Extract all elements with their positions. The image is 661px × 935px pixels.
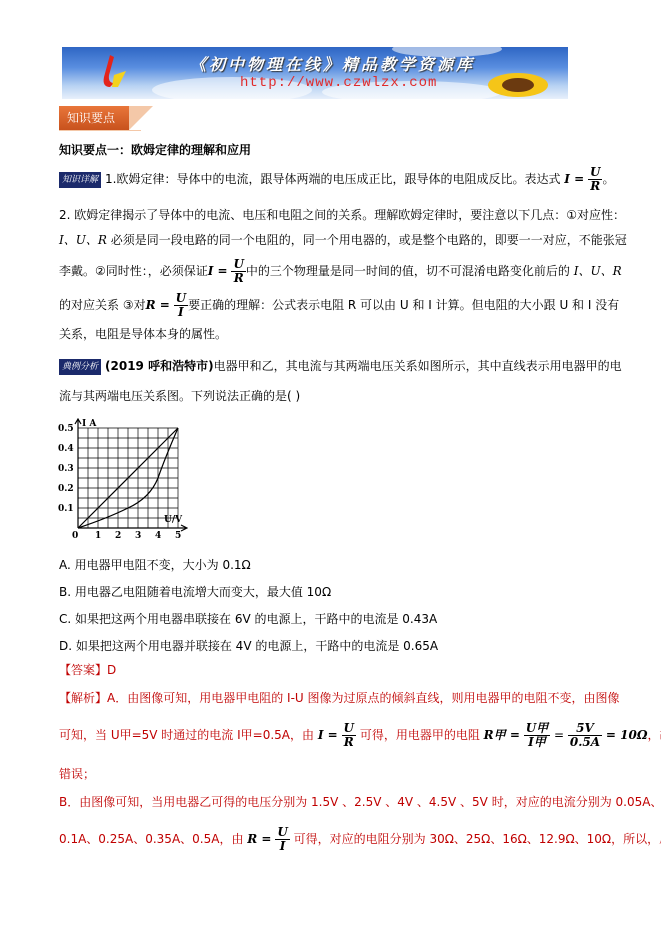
option-d: D. 如果把这两个用电器并联接在 4V 的电源上，干路中的电流是 0.65A bbox=[59, 638, 438, 654]
example-intro: 典例分析(2019 呼和浩特市)电器甲和乙，其电流与其两端电压关系如图所示，其中… bbox=[59, 358, 622, 375]
sunflower-icon bbox=[486, 65, 550, 99]
svg-text:I A: I A bbox=[82, 419, 97, 429]
analysis-line: 可知，当 U甲=5V 时通过的电流 I甲=0.5A，由 I = UR 可得，用电… bbox=[59, 722, 661, 749]
svg-text:2: 2 bbox=[115, 531, 121, 540]
svg-text:U/V: U/V bbox=[164, 515, 183, 525]
logo-icon bbox=[96, 53, 132, 93]
analysis-line: 错误； bbox=[59, 766, 95, 782]
svg-text:0.2: 0.2 bbox=[58, 484, 74, 494]
paragraph-line: 关系，电阻是导体本身的属性。 bbox=[59, 326, 227, 342]
svg-text:3: 3 bbox=[135, 531, 141, 540]
iu-graph: I A 0.50.40.3 0.20.1 012 345 U/V bbox=[58, 418, 188, 540]
svg-text:0: 0 bbox=[72, 531, 78, 540]
example-question: 流与其两端电压关系图。下列说法正确的是( ) bbox=[59, 388, 300, 404]
svg-text:5: 5 bbox=[175, 531, 181, 540]
banner-title: 《初中物理在线》精品教学资源库 bbox=[190, 52, 475, 75]
answer: 【答案】D bbox=[59, 662, 116, 678]
banner-url: http://www.czwlzx.com bbox=[240, 75, 437, 91]
paragraph-line: 李戴。②同时性：，必须保证I = UR中的三个物理量是同一时间的值，切不可混淆电… bbox=[59, 258, 622, 285]
divider bbox=[59, 130, 141, 131]
svg-text:0.1: 0.1 bbox=[58, 504, 74, 514]
analysis-line: B．由图像可知，当用电器乙可得的电压分别为 1.5V 、2.5V 、4V 、4.… bbox=[59, 794, 661, 810]
option-c: C. 如果把这两个用电器串联接在 6V 的电源上，干路中的电流是 0.43A bbox=[59, 611, 437, 627]
example-analysis-badge: 典例分析 bbox=[59, 359, 101, 375]
option-b: B. 用电器乙电阻随着电流增大而变大，最大值 10Ω bbox=[59, 584, 331, 600]
analysis-line: 0.1A、0.25A、0.35A、0.5A，由 R = UI 可得，对应的电阻分… bbox=[59, 826, 661, 853]
ohms-law-definition: 知识详解1.欧姆定律：导体中的电流，跟导体两端的电压成正比，跟导体的电阻成反比。… bbox=[59, 166, 614, 193]
section-tab-tail bbox=[129, 106, 153, 130]
analysis-line: 【解析】A．由图像可知，用电器甲电阻的 I-U 图像为过原点的倾斜直线，则用电器… bbox=[59, 690, 620, 706]
formula-fraction: UR bbox=[588, 166, 602, 193]
svg-text:1: 1 bbox=[95, 531, 101, 540]
svg-text:0.5: 0.5 bbox=[58, 424, 74, 434]
svg-text:0.3: 0.3 bbox=[58, 464, 74, 474]
knowledge-detail-badge: 知识详解 bbox=[59, 172, 101, 188]
paragraph-line: I、U、R 必须是同一段电路的同一个电阻的，同一个用电器的，或是整个电路的，即要… bbox=[59, 232, 627, 248]
svg-text:4: 4 bbox=[155, 531, 161, 540]
knowledge-point-heading: 知识要点一：欧姆定律的理解和应用 bbox=[59, 142, 251, 158]
svg-text:0.4: 0.4 bbox=[58, 444, 74, 454]
paragraph-line: 的对应关系 ③对R = UI要正确的理解：公式表示电阻 R 可以由 U 和 I … bbox=[59, 292, 619, 319]
option-a: A. 用电器甲电阻不变，大小为 0.1Ω bbox=[59, 557, 251, 573]
paragraph-line: 2. 欧姆定律揭示了导体中的电流、电压和电阻之间的关系。理解欧姆定律时，要注意以… bbox=[59, 207, 625, 223]
header-banner: 《初中物理在线》精品教学资源库 http://www.czwlzx.com bbox=[62, 47, 568, 99]
section-tab: 知识要点 bbox=[59, 106, 129, 130]
